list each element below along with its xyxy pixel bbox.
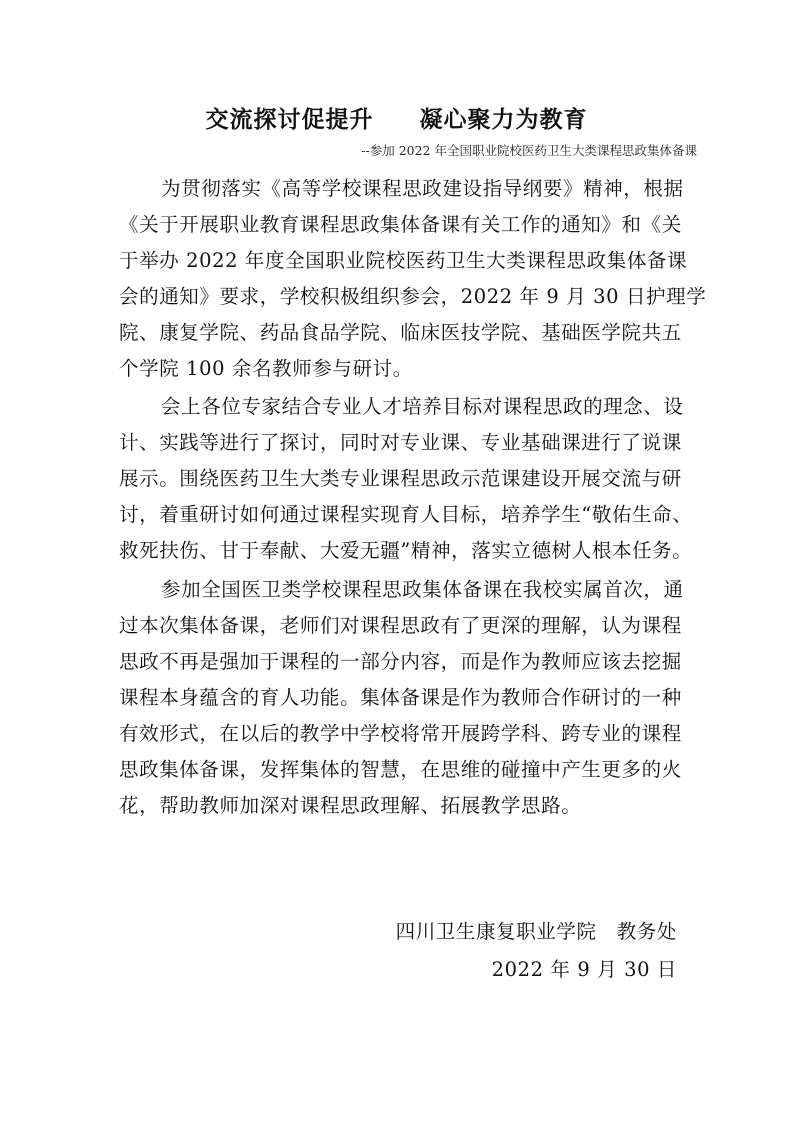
paragraph-line: 思政集体备课，发挥集体的智慧，在思维的碰撞中产生更多的火	[119, 758, 683, 782]
title-part-2: 凝心聚力为教育	[420, 107, 588, 133]
paragraph-line: 会上各位专家结合专业人才培养目标对课程思政的理念、设	[161, 395, 725, 419]
paragraph-line: 花，帮助教师加深对课程思政理解、拓展教学思路。	[119, 794, 683, 818]
paragraph-line: 《关于开展职业教育课程思政集体备课有关工作的通知》和《关	[119, 213, 683, 237]
paragraph-line: 思政不再是强加于课程的一部分内容，而是作为教师应该去挖掘	[119, 650, 683, 674]
title-part-1: 交流探讨促提升	[206, 107, 374, 133]
document-title: 交流探讨促提升凝心聚力为教育	[0, 101, 793, 134]
paragraph-line: 为贯彻落实《高等学校课程思政建设指导纲要》精神，根据	[161, 177, 725, 201]
paragraph-line: 院、康复学院、药品食品学院、临床医技学院、基础医学院共五	[119, 321, 683, 345]
paragraph-line: 展示。围绕医药卫生大类专业课程思政示范课建设开展交流与研	[119, 467, 683, 491]
document-subtitle: --参加 2022 年全国职业院校医药卫生大类课程思政集体备课	[361, 141, 697, 159]
paragraph-line: 有效形式，在以后的教学中学校将常开展跨学科、跨专业的课程	[119, 722, 683, 746]
paragraph-line: 课程本身蕴含的育人功能。集体备课是作为教师合作研讨的一种	[119, 686, 683, 710]
paragraph-line: 过本次集体备课，老师们对课程思政有了更深的理解，认为课程	[119, 614, 683, 638]
paragraph-line: 个学院 100 余名教师参与研讨。	[119, 357, 683, 381]
signature-date: 2022 年 9 月 30 日	[492, 954, 677, 982]
paragraph-line: 参加全国医卫类学校课程思政集体备课在我校实属首次，通	[161, 578, 725, 602]
paragraph-line: 于举办 2022 年度全国职业院校医药卫生大类课程思政集体备课	[119, 249, 683, 273]
paragraph-line: 救死扶伤、甘于奉献、大爱无疆”精神，落实立德树人根本任务。	[119, 539, 683, 563]
paragraph-line: 讨，着重研讨如何通过课程实现育人目标，培养学生“敬佑生命、	[119, 503, 683, 527]
paragraph-line: 会的通知》要求，学校积极组织参会，2022 年 9 月 30 日护理学	[119, 285, 683, 309]
paragraph-line: 计、实践等进行了探讨，同时对专业课、专业基础课进行了说课	[119, 431, 683, 455]
signature-organization: 四川卫生康复职业学院 教务处	[396, 916, 677, 944]
